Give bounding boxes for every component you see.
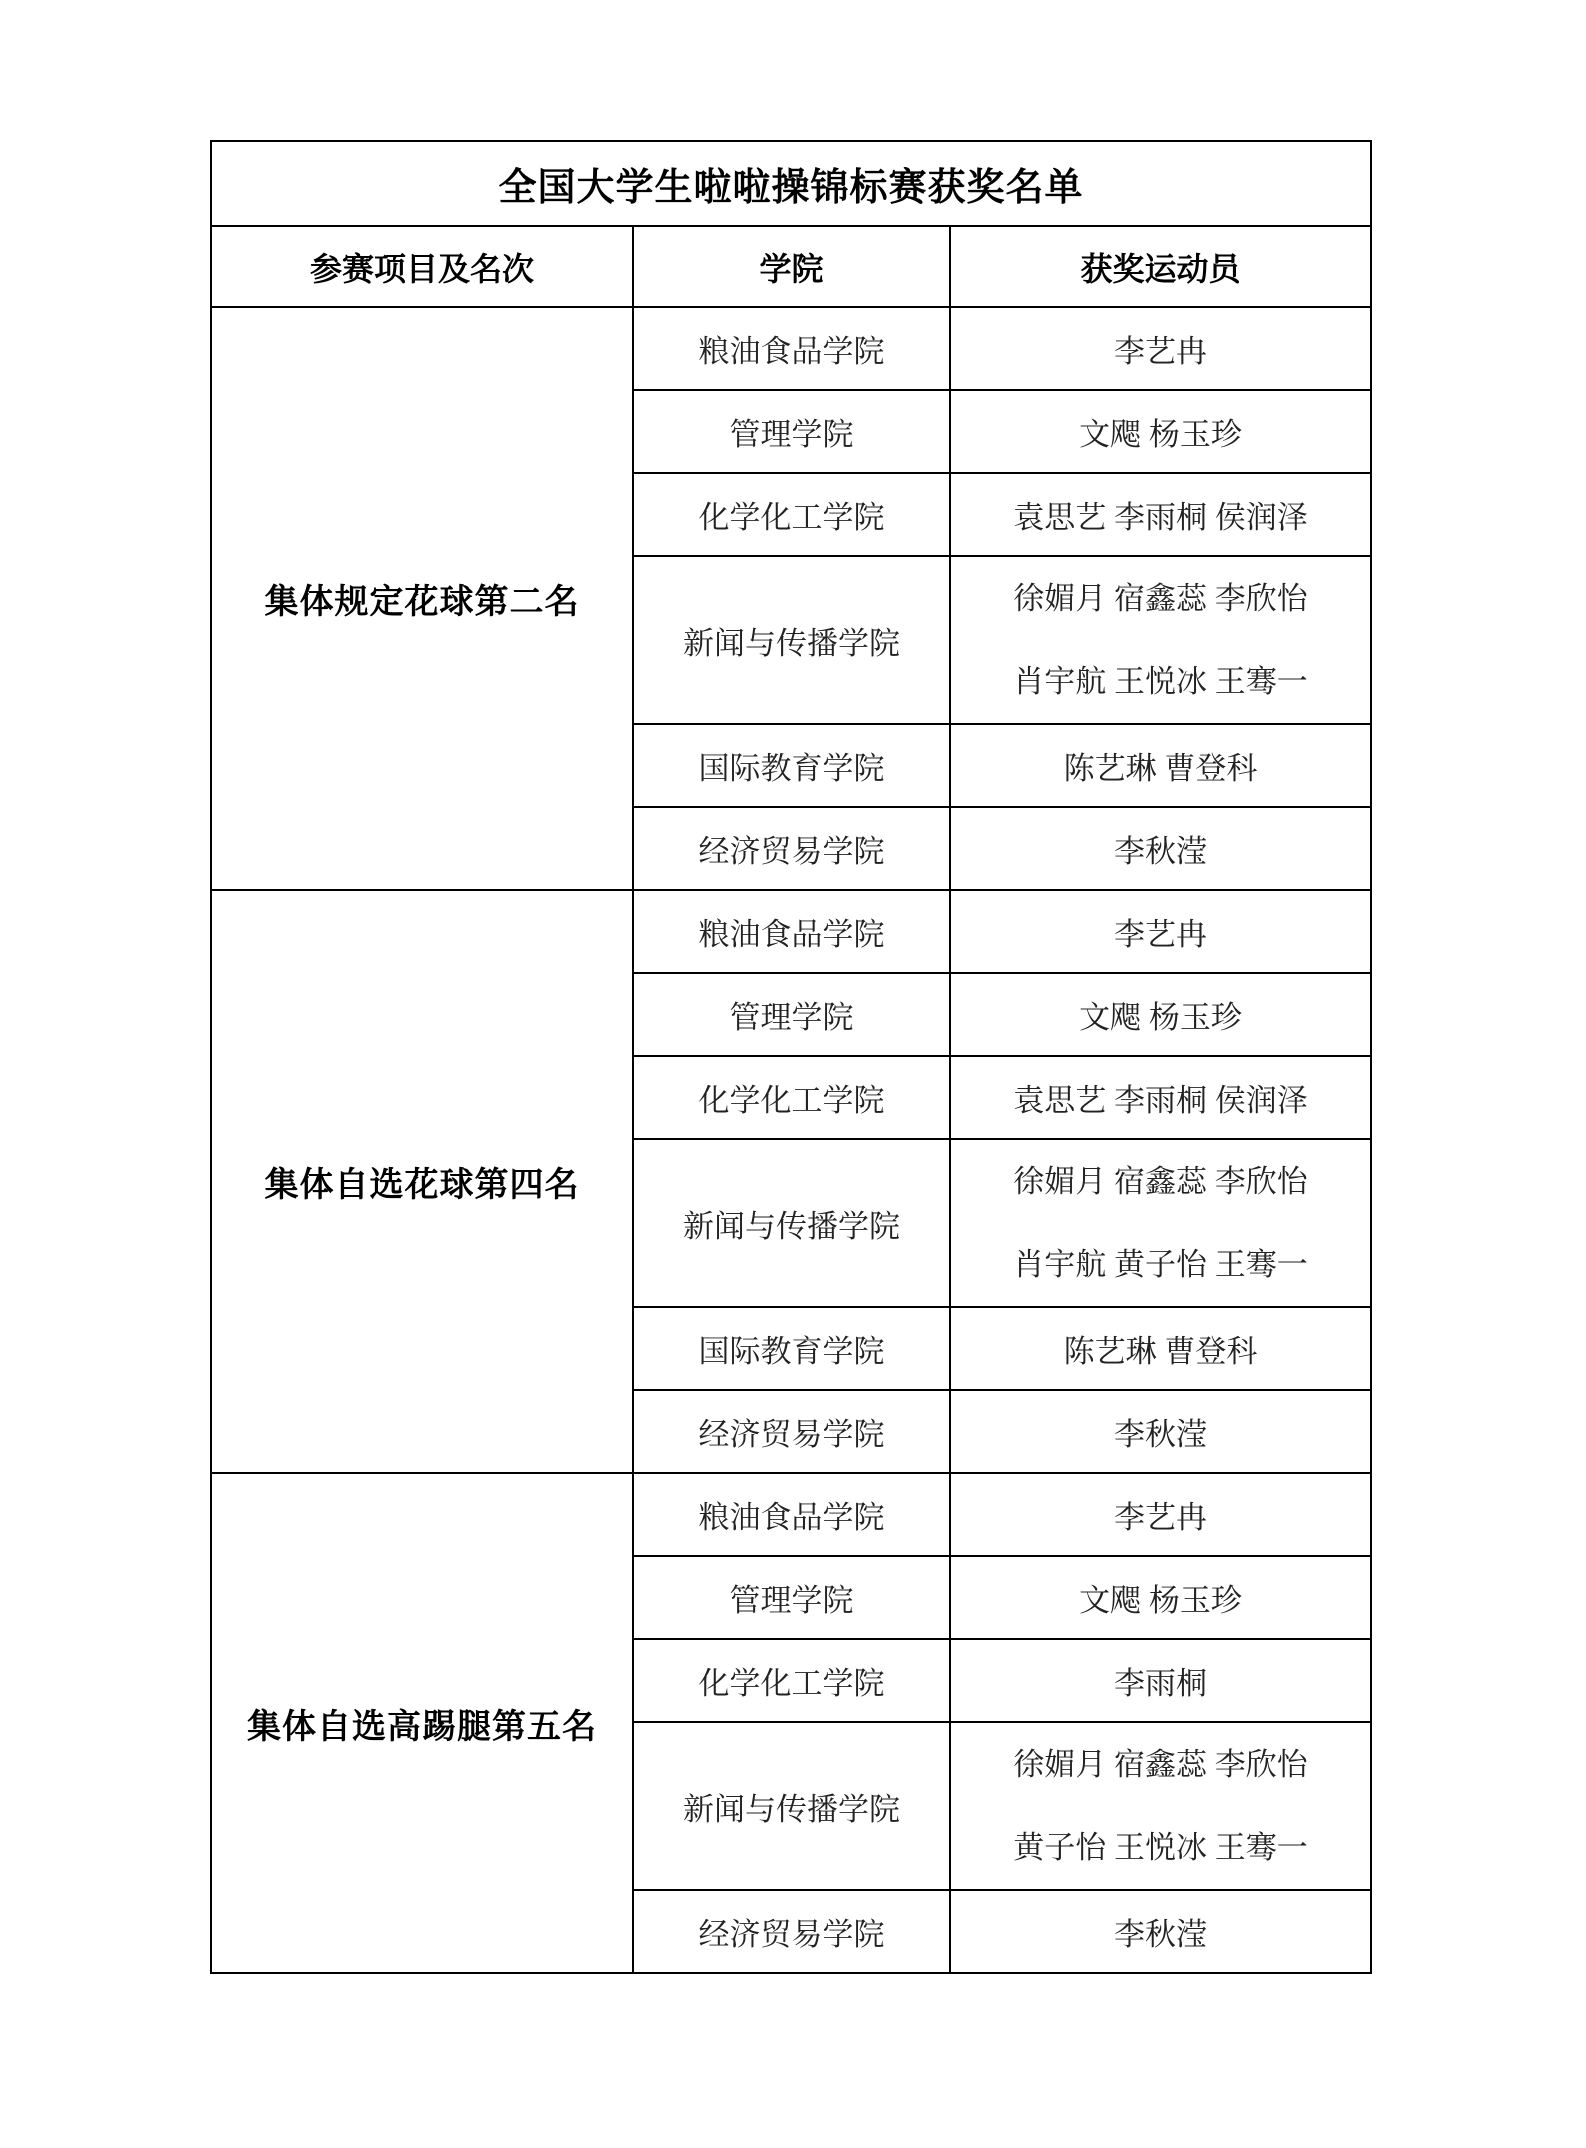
- college-cell: 化学化工学院: [633, 473, 950, 556]
- athletes-cell: 李秋滢: [950, 1890, 1371, 1973]
- college-cell: 国际教育学院: [633, 1307, 950, 1390]
- athletes-cell: 李艺冉: [950, 1473, 1371, 1556]
- college-cell: 化学化工学院: [633, 1639, 950, 1722]
- athletes-cell: 徐媚月 宿鑫蕊 李欣怡肖宇航 王悦冰 王骞一: [950, 556, 1371, 724]
- athlete-names-line: 陈艺琳 曹登科: [951, 743, 1370, 788]
- athlete-names-line: 徐媚月 宿鑫蕊 李欣怡: [951, 1723, 1370, 1806]
- table-header-row: 参赛项目及名次 学院 获奖运动员: [211, 226, 1371, 307]
- document-page: 全国大学生啦啦操锦标赛获奖名单 参赛项目及名次 学院 获奖运动员 集体规定花球第…: [0, 0, 1586, 2148]
- header-event-column: 参赛项目及名次: [211, 226, 633, 307]
- awards-table: 全国大学生啦啦操锦标赛获奖名单 参赛项目及名次 学院 获奖运动员 集体规定花球第…: [210, 140, 1372, 1974]
- athlete-names-line: 文飔 杨玉珍: [951, 992, 1370, 1037]
- athletes-cell: 陈艺琳 曹登科: [950, 724, 1371, 807]
- athletes-cell: 李艺冉: [950, 307, 1371, 390]
- athlete-names-line: 李艺冉: [951, 326, 1370, 371]
- college-cell: 粮油食品学院: [633, 1473, 950, 1556]
- header-college-column: 学院: [633, 226, 950, 307]
- college-cell: 新闻与传播学院: [633, 556, 950, 724]
- event-name-cell: 集体自选高踢腿第五名: [211, 1473, 633, 1973]
- athlete-names-line: 陈艺琳 曹登科: [951, 1326, 1370, 1371]
- college-cell: 经济贸易学院: [633, 1890, 950, 1973]
- college-cell: 化学化工学院: [633, 1056, 950, 1139]
- table-row: 集体自选高踢腿第五名粮油食品学院李艺冉: [211, 1473, 1371, 1556]
- college-cell: 经济贸易学院: [633, 1390, 950, 1473]
- college-cell: 管理学院: [633, 390, 950, 473]
- athlete-names-line: 李艺冉: [951, 1492, 1370, 1537]
- athletes-cell: 文飔 杨玉珍: [950, 390, 1371, 473]
- college-cell: 经济贸易学院: [633, 807, 950, 890]
- event-name-cell: 集体规定花球第二名: [211, 307, 633, 890]
- athlete-names-line: 李雨桐: [951, 1658, 1370, 1703]
- athletes-cell: 李秋滢: [950, 1390, 1371, 1473]
- athlete-names-line: 黄子怡 王悦冰 王骞一: [951, 1806, 1370, 1889]
- table-title-row: 全国大学生啦啦操锦标赛获奖名单: [211, 141, 1371, 226]
- college-cell: 管理学院: [633, 1556, 950, 1639]
- college-cell: 新闻与传播学院: [633, 1139, 950, 1307]
- athlete-names-line: 袁思艺 李雨桐 侯润泽: [951, 1075, 1370, 1120]
- athlete-names-line: 肖宇航 黄子怡 王骞一: [951, 1223, 1370, 1306]
- table-title: 全国大学生啦啦操锦标赛获奖名单: [211, 141, 1371, 226]
- athletes-cell: 袁思艺 李雨桐 侯润泽: [950, 1056, 1371, 1139]
- athletes-cell: 袁思艺 李雨桐 侯润泽: [950, 473, 1371, 556]
- awards-table-body: 全国大学生啦啦操锦标赛获奖名单 参赛项目及名次 学院 获奖运动员 集体规定花球第…: [211, 141, 1371, 1973]
- college-cell: 新闻与传播学院: [633, 1722, 950, 1890]
- athlete-names-line: 李秋滢: [951, 1409, 1370, 1454]
- athlete-names-line: 肖宇航 王悦冰 王骞一: [951, 640, 1370, 723]
- athletes-cell: 徐媚月 宿鑫蕊 李欣怡黄子怡 王悦冰 王骞一: [950, 1722, 1371, 1890]
- athletes-cell: 李艺冉: [950, 890, 1371, 973]
- athletes-cell: 文飔 杨玉珍: [950, 1556, 1371, 1639]
- college-cell: 国际教育学院: [633, 724, 950, 807]
- athlete-names-line: 文飔 杨玉珍: [951, 409, 1370, 454]
- athletes-cell: 文飔 杨玉珍: [950, 973, 1371, 1056]
- table-row: 集体自选花球第四名粮油食品学院李艺冉: [211, 890, 1371, 973]
- college-cell: 粮油食品学院: [633, 890, 950, 973]
- event-name-cell: 集体自选花球第四名: [211, 890, 633, 1473]
- athlete-names-line: 李秋滢: [951, 826, 1370, 871]
- athlete-names-line: 徐媚月 宿鑫蕊 李欣怡: [951, 557, 1370, 640]
- athlete-names-line: 李秋滢: [951, 1909, 1370, 1954]
- athletes-cell: 陈艺琳 曹登科: [950, 1307, 1371, 1390]
- athlete-names-line: 李艺冉: [951, 909, 1370, 954]
- athletes-cell: 李秋滢: [950, 807, 1371, 890]
- athletes-cell: 徐媚月 宿鑫蕊 李欣怡肖宇航 黄子怡 王骞一: [950, 1139, 1371, 1307]
- college-cell: 粮油食品学院: [633, 307, 950, 390]
- header-athletes-column: 获奖运动员: [950, 226, 1371, 307]
- athlete-names-line: 徐媚月 宿鑫蕊 李欣怡: [951, 1140, 1370, 1223]
- athletes-cell: 李雨桐: [950, 1639, 1371, 1722]
- table-row: 集体规定花球第二名粮油食品学院李艺冉: [211, 307, 1371, 390]
- athlete-names-line: 袁思艺 李雨桐 侯润泽: [951, 492, 1370, 537]
- athlete-names-line: 文飔 杨玉珍: [951, 1575, 1370, 1620]
- college-cell: 管理学院: [633, 973, 950, 1056]
